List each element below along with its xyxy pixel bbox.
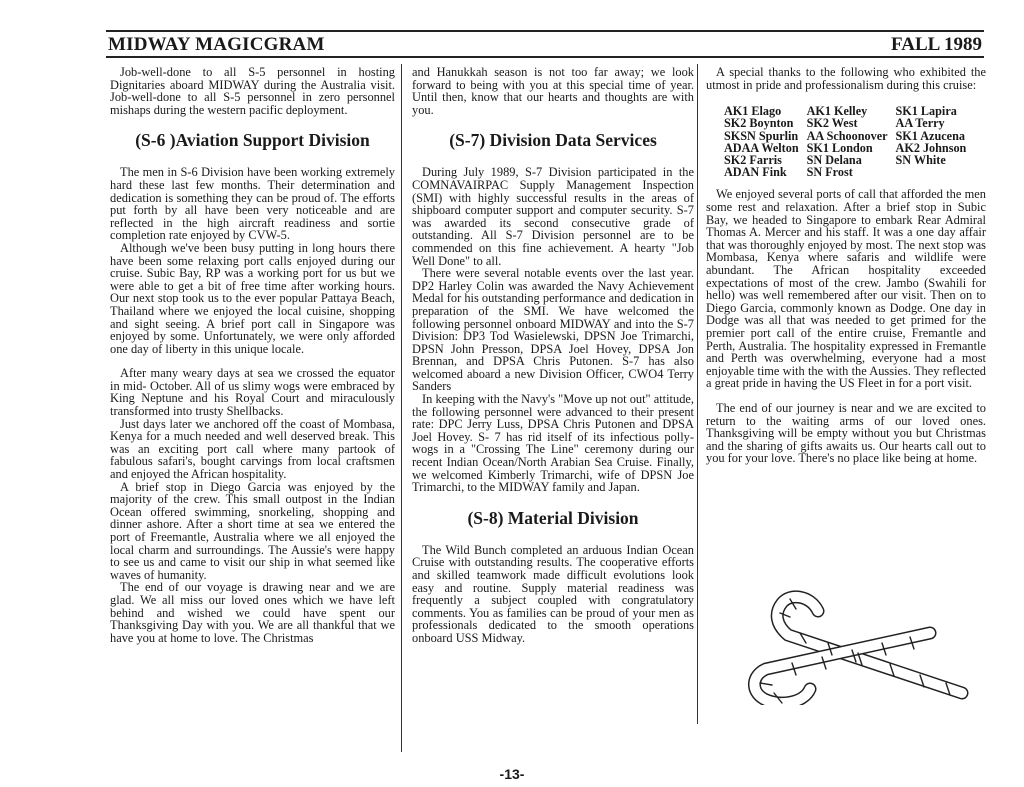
paragraph: Although we've been busy putting in long… <box>110 242 395 355</box>
name: SKSN Spurlin <box>724 130 807 142</box>
paragraph: During July 1989, S-7 Division participa… <box>412 166 694 267</box>
column-3: A special thanks to the following who ex… <box>706 66 986 465</box>
name: ADAN Fink <box>724 166 807 178</box>
name: SN White <box>896 154 975 166</box>
name: AA Schoonover <box>807 130 896 142</box>
name: SN Frost <box>807 166 896 178</box>
names-row: ADAN Fink SN Frost <box>724 166 974 178</box>
name: SK1 Azucena <box>896 130 975 142</box>
paragraph: We enjoyed several ports of call that af… <box>706 188 986 390</box>
name: SK2 Boynton <box>724 117 807 129</box>
issue-date: FALL 1989 <box>891 34 982 56</box>
paragraph: A brief stop in Diego Garcia was enjoyed… <box>110 481 395 582</box>
column-divider <box>697 64 698 724</box>
paragraph: The end of our voyage is drawing near an… <box>110 581 395 644</box>
newsletter-title: MIDWAY MAGICGRAM <box>108 34 325 56</box>
thanks-names-table: AK1 Elago AK1 Kelley SK1 Lapira SK2 Boyn… <box>724 105 974 178</box>
masthead-bottom-rule <box>106 56 984 58</box>
page-number: -13- <box>0 766 1024 782</box>
continuation-paragraph: and Hanukkah season is not too far away;… <box>412 66 694 116</box>
name: SK2 West <box>807 117 896 129</box>
section-heading-s7: (S-7) Division Data Services <box>412 130 694 150</box>
paragraph: After many weary days at sea we crossed … <box>110 367 395 417</box>
column-divider <box>401 64 402 752</box>
name <box>896 166 975 178</box>
paragraph: The Wild Bunch completed an arduous Indi… <box>412 544 694 645</box>
section-heading-s8: (S-8) Material Division <box>412 508 694 528</box>
candy-canes-illustration <box>740 585 980 705</box>
s5-intro: Job-well-done to all S-5 personnel in ho… <box>110 66 395 116</box>
paragraph: The end of our journey is near and we ar… <box>706 402 986 465</box>
paragraph: There were several notable events over t… <box>412 267 694 393</box>
name: AA Terry <box>896 117 975 129</box>
paragraph: Just days later we anchored off the coas… <box>110 418 395 481</box>
thanks-intro: A special thanks to the following who ex… <box>706 66 986 91</box>
masthead-top-rule <box>106 30 984 32</box>
section-heading-s6: (S-6 )Aviation Support Division <box>110 130 395 150</box>
column-1: Job-well-done to all S-5 personnel in ho… <box>110 66 395 644</box>
names-row: SK2 Boynton SK2 West AA Terry <box>724 117 974 129</box>
names-row: SKSN Spurlin AA Schoonover SK1 Azucena <box>724 130 974 142</box>
paragraph: The men in S-6 Division have been workin… <box>110 166 395 242</box>
paragraph: In keeping with the Navy's "Move up not … <box>412 393 694 494</box>
column-2: and Hanukkah season is not too far away;… <box>412 66 694 645</box>
